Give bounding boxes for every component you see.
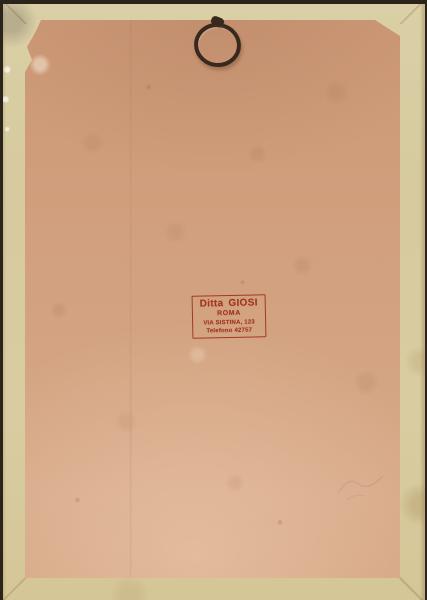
stamp-phone-line: Telefono 42757 (193, 327, 265, 336)
stamp-city-line: ROMA (193, 309, 265, 319)
stamp-address-line: VIA SISTINA, 123 (193, 319, 265, 328)
pencil-scribble (333, 462, 393, 508)
stamp-dealer-line: Ditta GIOSI (193, 297, 265, 310)
frame-back-photo: Ditta GIOSI ROMA VIA SISTINA, 123 Telefo… (0, 0, 427, 600)
dealer-stamp: Ditta GIOSI ROMA VIA SISTINA, 123 Telefo… (192, 294, 267, 339)
